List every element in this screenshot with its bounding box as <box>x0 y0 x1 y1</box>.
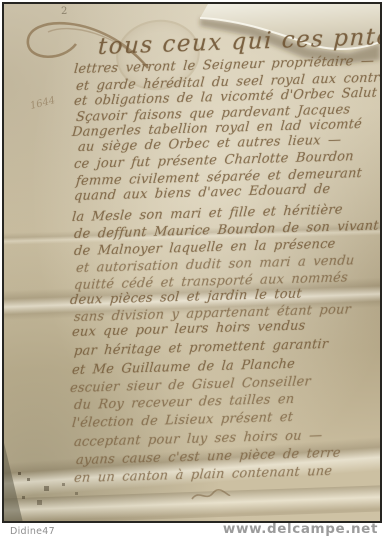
manuscript-line: en un canton à plain contenant une <box>73 464 332 486</box>
manuscript-photo: 2 1644 tous ceux qui ces pntes lettres v… <box>2 2 382 523</box>
ink-specks <box>18 472 21 475</box>
pencil-mark: 2 <box>61 6 67 17</box>
listing-photo-page: 2 1644 tous ceux qui ces pntes lettres v… <box>0 0 391 540</box>
margin-note: 1644 <box>29 95 56 112</box>
seller-watermark: Didine47 <box>10 526 55 537</box>
paraph-squiggle <box>190 488 232 504</box>
parchment-corner-shadow <box>4 443 34 521</box>
manuscript-line: par héritage et promettent garantir <box>73 337 328 359</box>
manuscript-line: l'élection de Lisieux présent et <box>71 410 293 431</box>
site-watermark: www.delcampe.net <box>223 521 378 537</box>
parchment-crease <box>2 485 382 523</box>
